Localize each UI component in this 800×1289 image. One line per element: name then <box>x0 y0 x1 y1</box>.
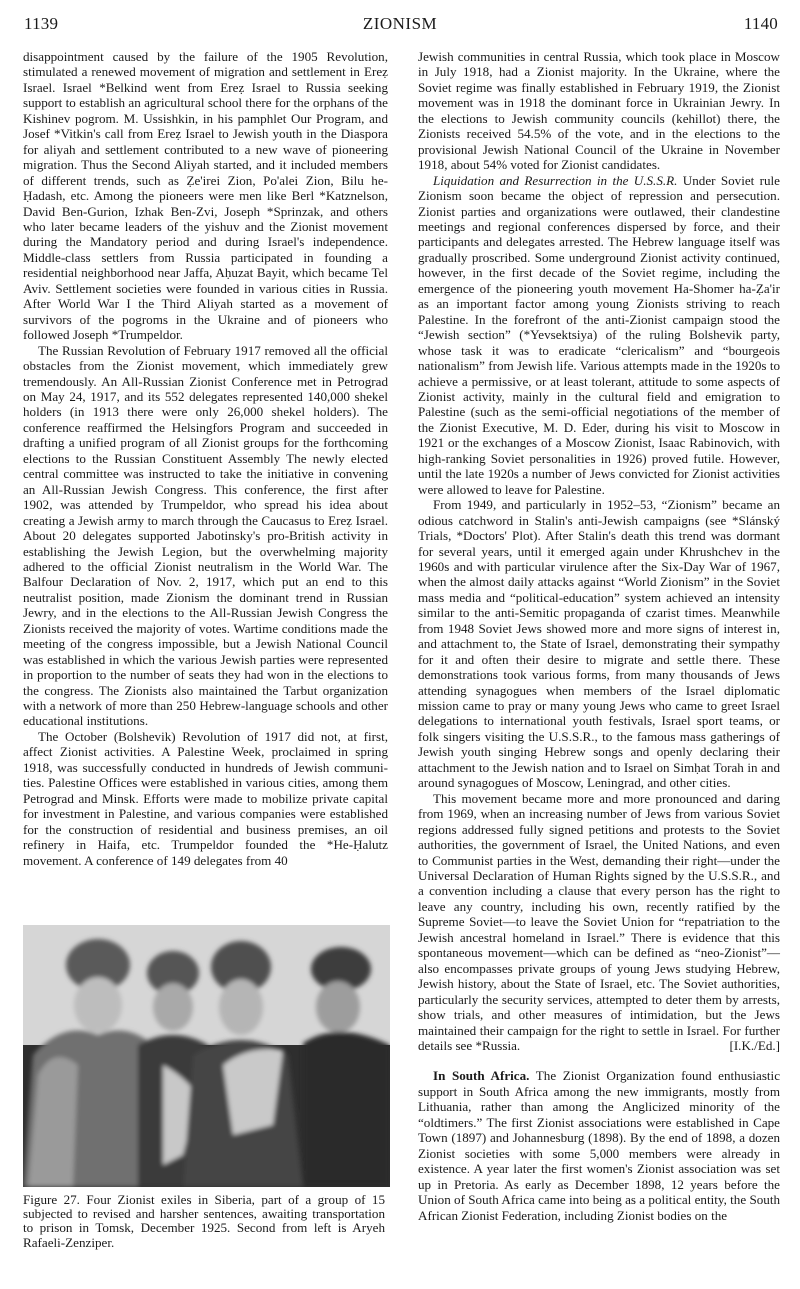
section-heading: Liquidation and Resurrection in the U.S.… <box>433 173 677 188</box>
figure-photo <box>23 925 390 1187</box>
section-heading: In South Africa. <box>433 1068 529 1083</box>
left-column: disappointment caused by the failure of … <box>23 49 388 868</box>
paragraph: The Russian Revolution of February 1917 … <box>23 343 388 729</box>
paragraph: The October (Bolshevik) Revolution of 19… <box>23 729 388 868</box>
author-signature: [I.K./Ed.] <box>714 1038 780 1053</box>
exiles-photo-illustration <box>23 925 390 1187</box>
page-title: ZIONISM <box>0 14 800 34</box>
section-south-africa: In South Africa. The Zionist Organizatio… <box>418 1068 780 1223</box>
paragraph: Jewish communities in central Russia, wh… <box>418 49 780 173</box>
paragraph: disappointment caused by the failure of … <box>23 49 388 343</box>
figure-caption: Figure 27. Four Zionist exiles in Siberi… <box>23 1193 385 1250</box>
section-liquidation: Liquidation and Resurrection in the U.S.… <box>418 173 780 498</box>
paragraph: From 1949, and particularly in 1952–53, … <box>418 497 780 791</box>
section-text: Under Soviet rule Zionism soon became th… <box>418 173 780 497</box>
paragraph-text: This movement became more and more prono… <box>418 791 780 1053</box>
right-column: Jewish communities in central Russia, wh… <box>418 49 780 1223</box>
page-number-right: 1140 <box>744 14 778 34</box>
paragraph: This movement became more and more prono… <box>418 791 780 1054</box>
section-text: The Zionist Organization found enthusias… <box>418 1068 780 1222</box>
